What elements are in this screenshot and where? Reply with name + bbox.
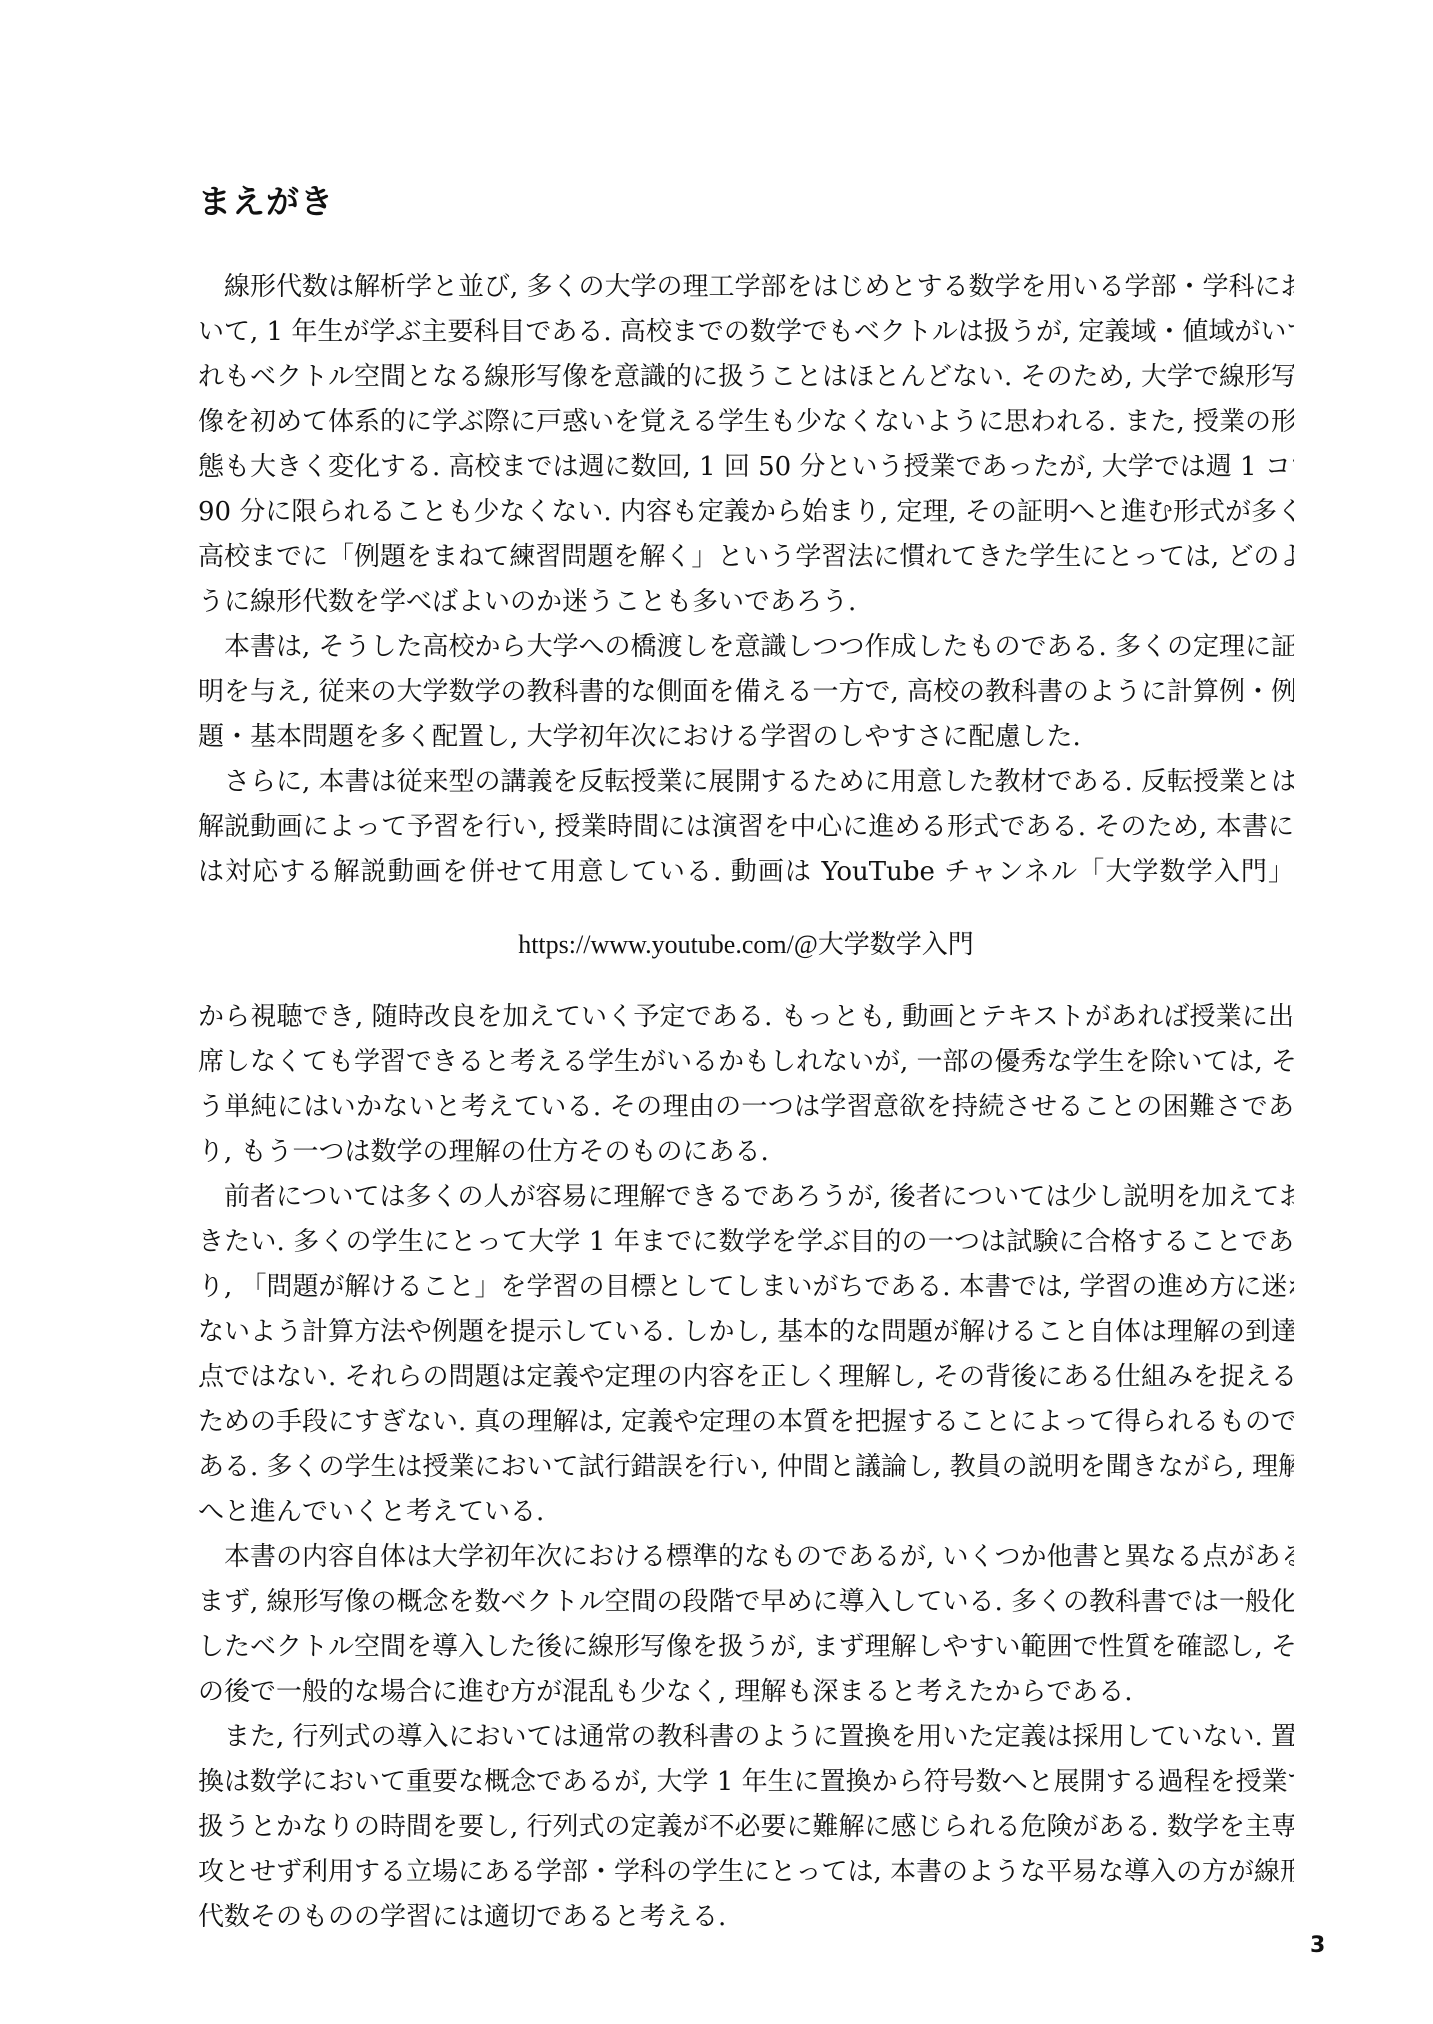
text-line: 点ではない. それらの問題は定義や定理の内容を正しく理解し, その背後にある仕組… [198, 1355, 1294, 1400]
text-line: 解説動画によって予習を行い, 授業時間には演習を中心に進める形式である. そのた… [198, 805, 1294, 850]
text-line: さらに, 本書は従来型の講義を反転授業に展開するために用意した教材である. 反転… [198, 760, 1294, 805]
text-line: また, 行列式の導入においては通常の教科書のように置換を用いた定義は採用していな… [198, 1715, 1294, 1760]
text-line: いて, 1 年生が学ぶ主要科目である. 高校までの数学でもベクトルは扱うが, 定… [198, 310, 1294, 355]
text-line: 本書は, そうした高校から大学への橋渡しを意識しつつ作成したものである. 多くの… [198, 625, 1294, 670]
text-line: 攻とせず利用する立場にある学部・学科の学生にとっては, 本書のような平易な導入の… [198, 1850, 1294, 1895]
text-line: う単純にはいかないと考えている. その理由の一つは学習意欲を持続させることの困難… [198, 1085, 1294, 1130]
text-line: 90 分に限られることも少なくない. 内容も定義から始まり, 定理, その証明へ… [198, 490, 1294, 535]
text-line: 像を初めて体系的に学ぶ際に戸惑いを覚える学生も少なくないように思われる. また,… [198, 400, 1294, 445]
text-line: したベクトル空間を導入した後に線形写像を扱うが, まず理解しやすい範囲で性質を確… [198, 1625, 1294, 1670]
paragraph: また, 行列式の導入においては通常の教科書のように置換を用いた定義は採用していな… [198, 1715, 1294, 1940]
text-line: 本書の内容自体は大学初年次における標準的なものであるが, いくつか他書と異なる点… [198, 1535, 1294, 1580]
paragraph: さらに, 本書は従来型の講義を反転授業に展開するために用意した教材である. 反転… [198, 760, 1294, 895]
paragraph: 本書は, そうした高校から大学への橋渡しを意識しつつ作成したものである. 多くの… [198, 625, 1294, 760]
text-line: へと進んでいくと考えている. [198, 1490, 1294, 1535]
text-line: ある. 多くの学生は授業において試行錯誤を行い, 仲間と議論し, 教員の説明を聞… [198, 1445, 1294, 1490]
text-line: 代数そのものの学習には適切であると考える. [198, 1895, 1294, 1940]
text-line: 題・基本問題を多く配置し, 大学初年次における学習のしやすさに配慮した. [198, 715, 1294, 760]
text-line: うに線形代数を学べばよいのか迷うことも多いであろう. [198, 580, 1294, 625]
text-line: 線形代数は解析学と並び, 多くの大学の理工学部をはじめとする数学を用いる学部・学… [198, 265, 1294, 310]
text-line: れもベクトル空間となる線形写像を意識的に扱うことはほとんどない. そのため, 大… [198, 355, 1294, 400]
text-line: ないよう計算方法や例題を提示している. しかし, 基本的な問題が解けること自体は… [198, 1310, 1294, 1355]
text-line: り, 「問題が解けること」を学習の目標としてしまいがちである. 本書では, 学習… [198, 1265, 1294, 1310]
text-line: 明を与え, 従来の大学数学の教科書的な側面を備える一方で, 高校の教科書のように… [198, 670, 1294, 715]
text-line: は対応する解説動画を併せて用意している. 動画は YouTube チャンネル「大… [198, 850, 1294, 895]
text-line: の後で一般的な場合に進む方が混乱も少なく, 理解も深まると考えたからである. [198, 1670, 1294, 1715]
text-line: 席しなくても学習できると考える学生がいるかもしれないが, 一部の優秀な学生を除い… [198, 1040, 1294, 1085]
text-line: から視聴でき, 随時改良を加えていく予定である. もっとも, 動画とテキストがあ… [198, 995, 1294, 1040]
text-line: ための手段にすぎない. 真の理解は, 定義や定理の本質を把握することによって得ら… [198, 1400, 1294, 1445]
paragraph: 前者については多くの人が容易に理解できるであろうが, 後者については少し説明を加… [198, 1175, 1294, 1535]
page-number: 3 [1310, 1932, 1325, 1960]
text-line: 換は数学において重要な概念であるが, 大学 1 年生に置換から符号数へと展開する… [198, 1760, 1294, 1805]
preface-body: 線形代数は解析学と並び, 多くの大学の理工学部をはじめとする数学を用いる学部・学… [198, 265, 1294, 1940]
text-line: 扱うとかなりの時間を要し, 行列式の定義が不必要に難解に感じられる危険がある. … [198, 1805, 1294, 1850]
text-line: まず, 線形写像の概念を数ベクトル空間の段階で早めに導入している. 多くの教科書… [198, 1580, 1294, 1625]
youtube-channel-url[interactable]: https://www.youtube.com/@大学数学入門 [198, 895, 1294, 995]
text-line: きたい. 多くの学生にとって大学 1 年までに数学を学ぶ目的の一つは試験に合格す… [198, 1220, 1294, 1265]
document-page: まえがき 線形代数は解析学と並び, 多くの大学の理工学部をはじめとする数学を用い… [0, 0, 1433, 2024]
section-heading: まえがき [198, 178, 334, 226]
text-line: り, もう一つは数学の理解の仕方そのものにある. [198, 1130, 1294, 1175]
text-line: 高校までに「例題をまねて練習問題を解く」という学習法に慣れてきた学生にとっては,… [198, 535, 1294, 580]
text-line: 前者については多くの人が容易に理解できるであろうが, 後者については少し説明を加… [198, 1175, 1294, 1220]
paragraph: 線形代数は解析学と並び, 多くの大学の理工学部をはじめとする数学を用いる学部・学… [198, 265, 1294, 625]
paragraph: から視聴でき, 随時改良を加えていく予定である. もっとも, 動画とテキストがあ… [198, 995, 1294, 1175]
text-line: 態も大きく変化する. 高校までは週に数回, 1 回 50 分という授業であったが… [198, 445, 1294, 490]
paragraph: 本書の内容自体は大学初年次における標準的なものであるが, いくつか他書と異なる点… [198, 1535, 1294, 1715]
